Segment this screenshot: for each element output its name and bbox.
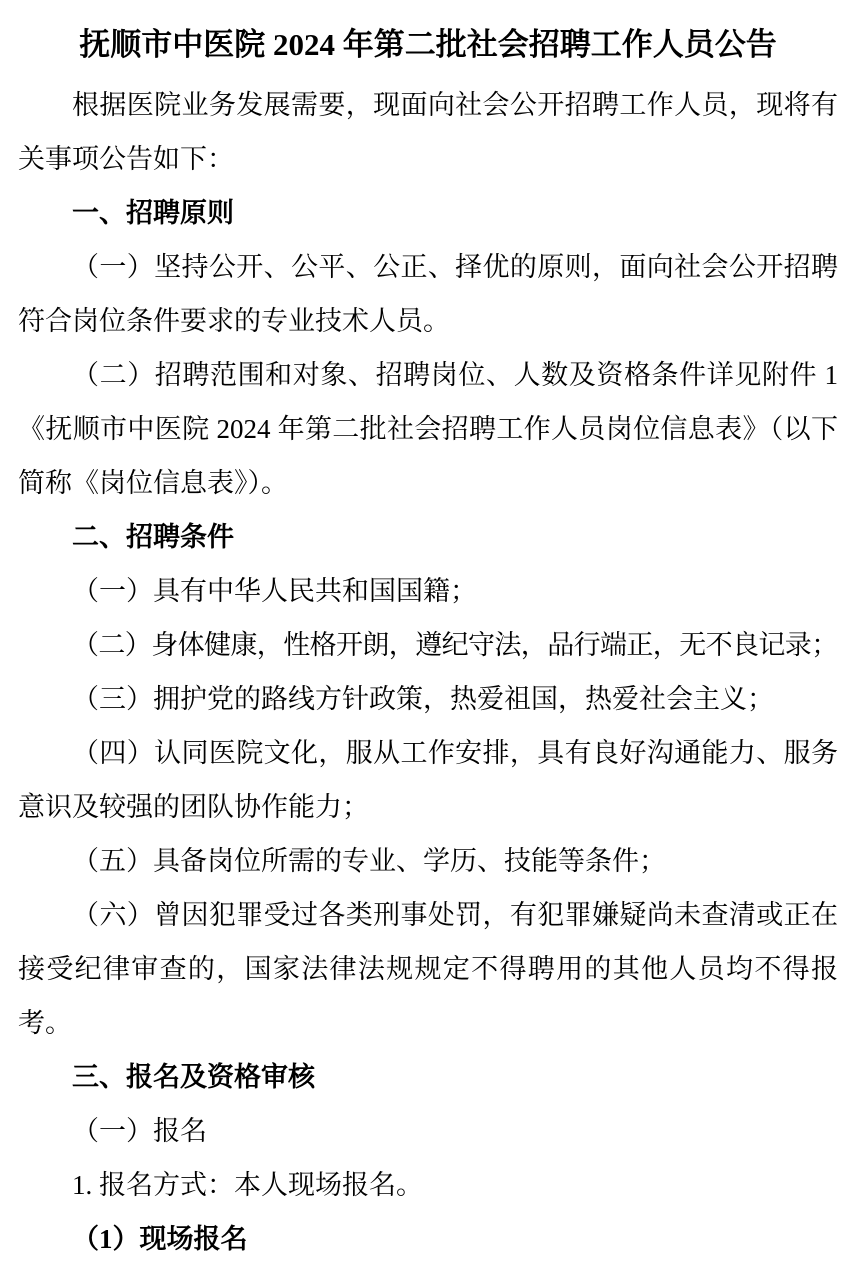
paragraph: 1. 报名方式：本人现场报名。	[18, 1158, 838, 1212]
paragraph: （二）招聘范围和对象、招聘岗位、人数及资格条件详见附件 1《抚顺市中医院 202…	[18, 348, 838, 510]
paragraph: （一）具有中华人民共和国国籍；	[18, 564, 838, 618]
section-heading: 三、报名及资格审核	[18, 1050, 838, 1104]
document-title: 抚顺市中医院 2024 年第二批社会招聘工作人员公告	[18, 18, 838, 72]
paragraph: （四）认同医院文化，服从工作安排，具有良好沟通能力、服务意识及较强的团队协作能力…	[18, 726, 838, 834]
document-page: 抚顺市中医院 2024 年第二批社会招聘工作人员公告 根据医院业务发展需要，现面…	[0, 0, 858, 1275]
paragraph: （六）曾因犯罪受过各类刑事处罚，有犯罪嫌疑尚未查清或正在接受纪律审查的，国家法律…	[18, 888, 838, 1050]
sub-heading: （1）现场报名	[18, 1212, 838, 1266]
paragraph: （二）身体健康，性格开朗，遵纪守法，品行端正，无不良记录；	[18, 618, 838, 672]
document-body: 根据医院业务发展需要，现面向社会公开招聘工作人员，现将有关事项公告如下：一、招聘…	[18, 78, 838, 1266]
paragraph: 根据医院业务发展需要，现面向社会公开招聘工作人员，现将有关事项公告如下：	[18, 78, 838, 186]
paragraph: （一）报名	[18, 1104, 838, 1158]
section-heading: 一、招聘原则	[18, 186, 838, 240]
section-heading: 二、招聘条件	[18, 510, 838, 564]
paragraph: （三）拥护党的路线方针政策，热爱祖国，热爱社会主义；	[18, 672, 838, 726]
paragraph: （一）坚持公开、公平、公正、择优的原则，面向社会公开招聘符合岗位条件要求的专业技…	[18, 240, 838, 348]
paragraph: （五）具备岗位所需的专业、学历、技能等条件；	[18, 834, 838, 888]
